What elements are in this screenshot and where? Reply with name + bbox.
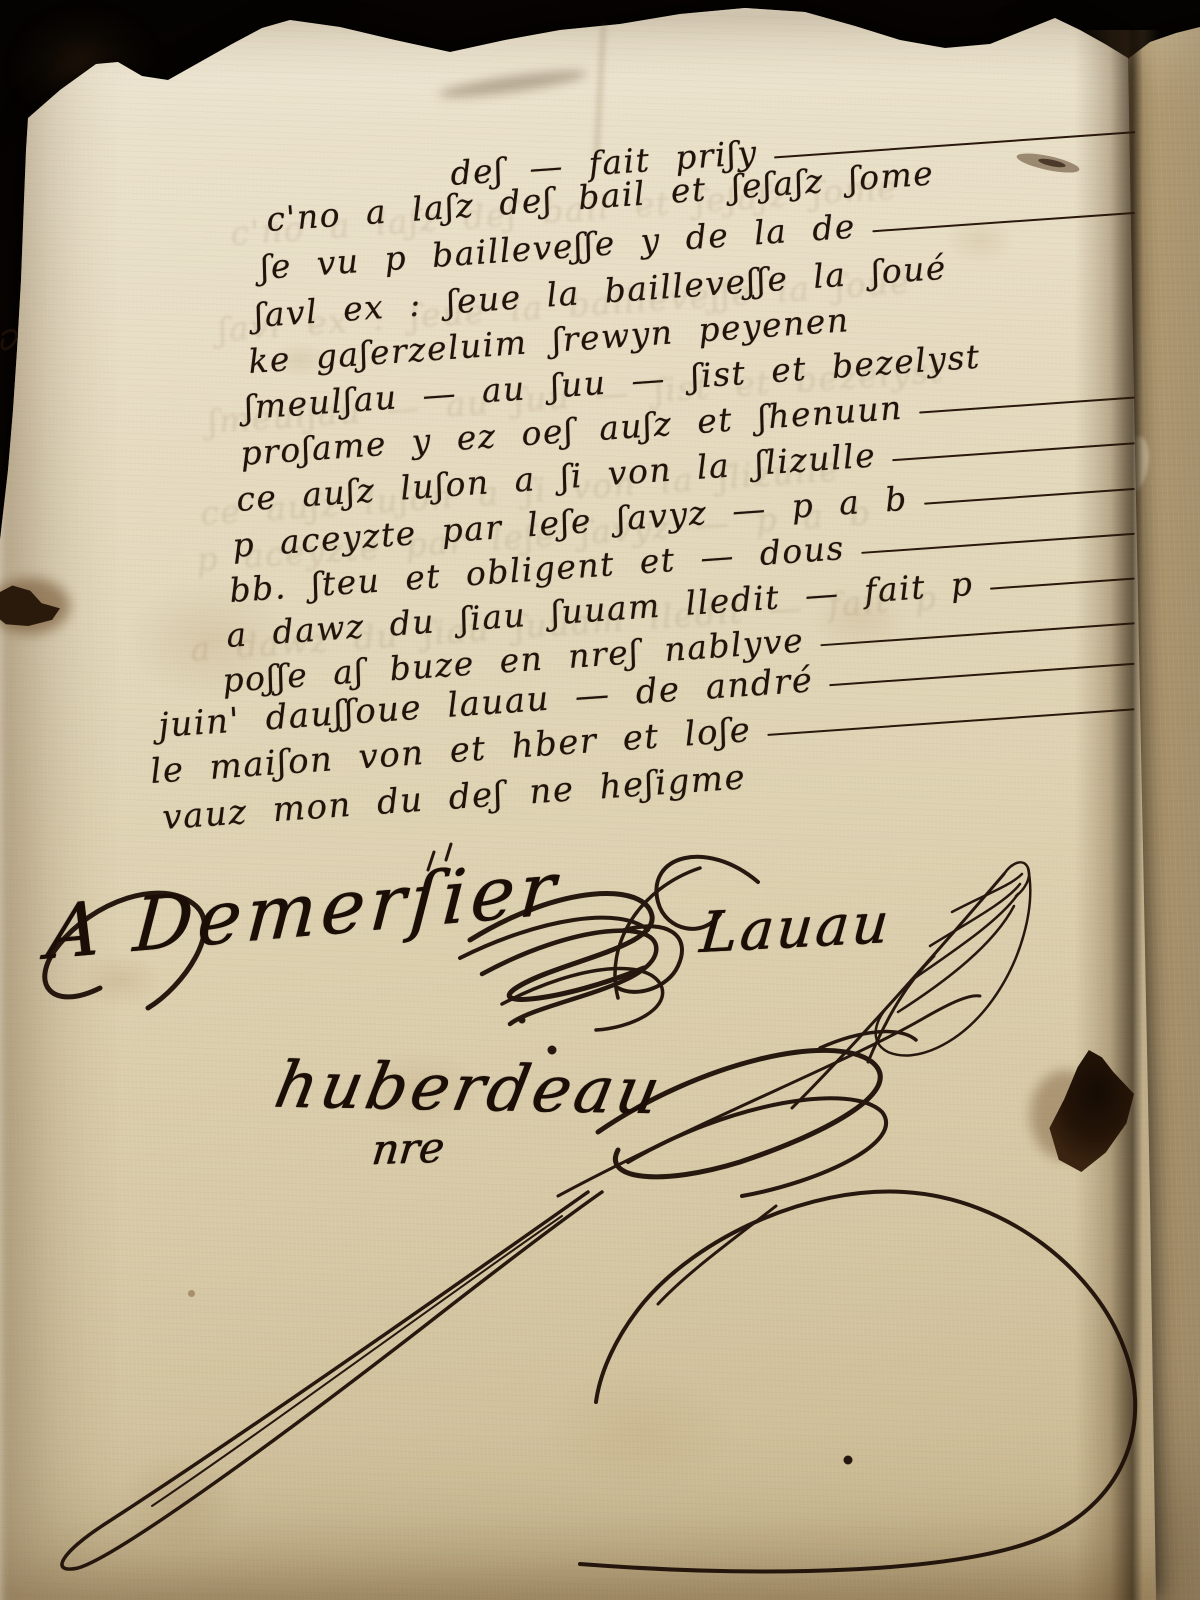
line-filler-stroke [919,396,1135,413]
manuscript-text-block: deʃ — fait priʃyc'no a laʃz deʃ bail et … [0,0,1200,1600]
notary-abbreviation: nre [369,1123,446,1175]
foxing-dot [188,1290,195,1297]
signature-lauau: Lauau [697,891,894,966]
line-filler-stroke [872,212,1135,233]
photo-backdrop: { "scene": { "backdrop_color": "#070402"… [0,0,1200,1600]
signature-huberdeau: huberdeau [269,1049,669,1129]
